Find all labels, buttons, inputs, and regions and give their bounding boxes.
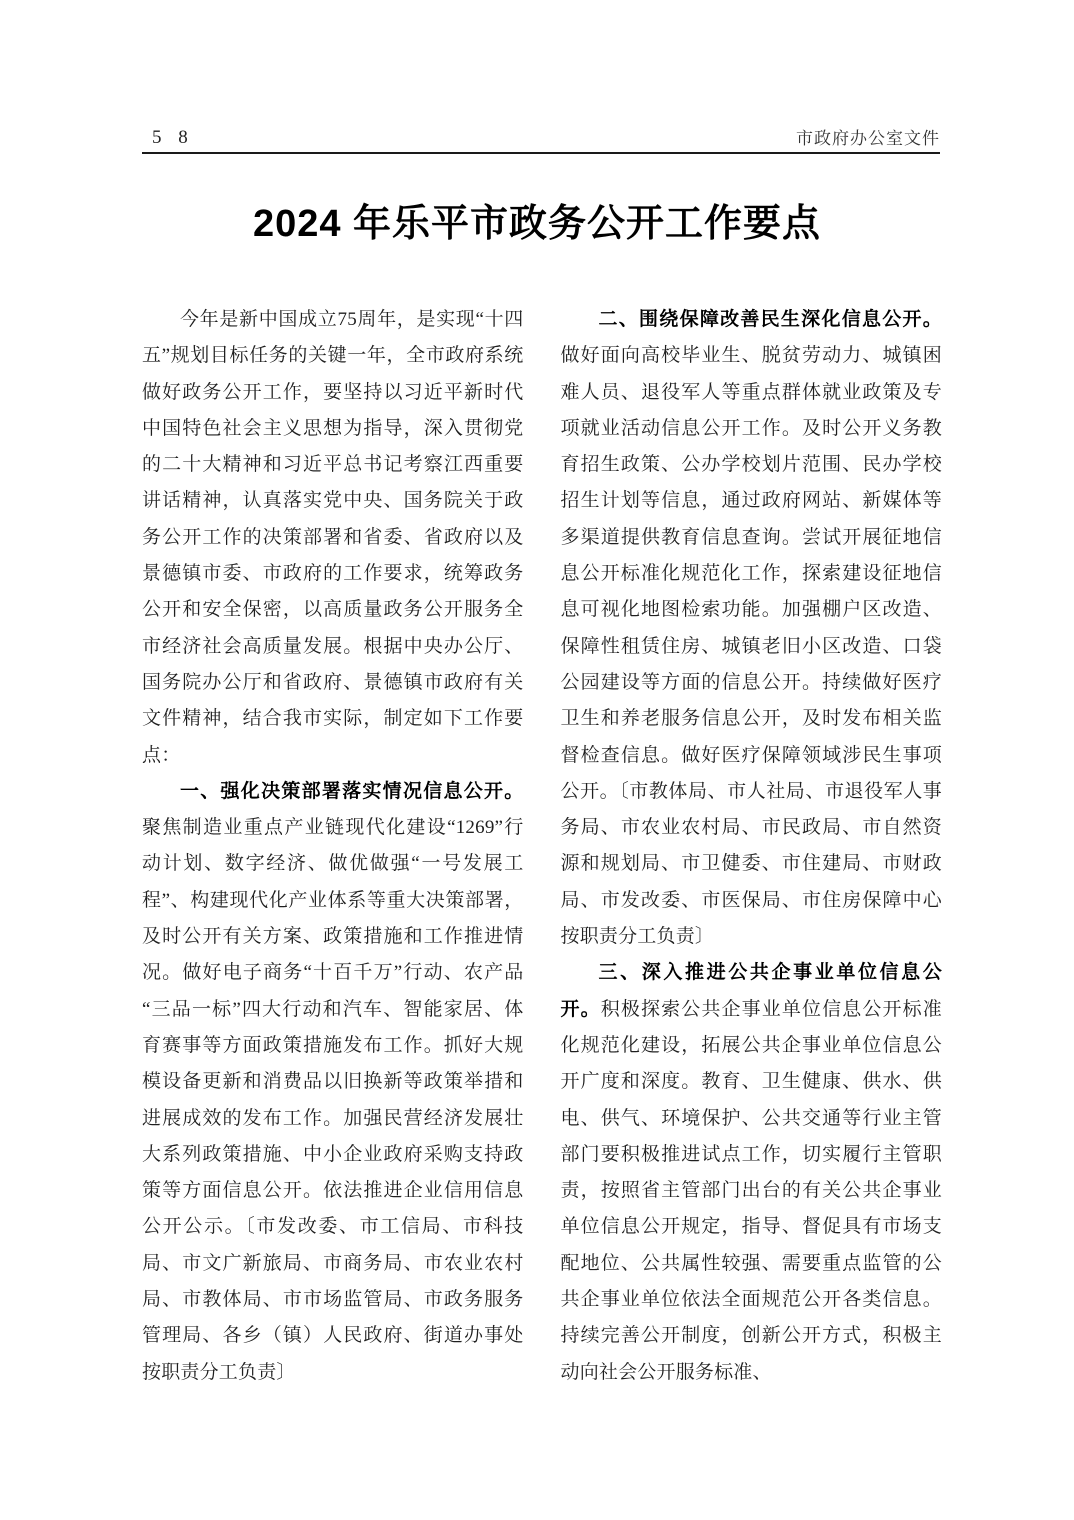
left-column: 今年是新中国成立75周年，是实现“十四五”规划目标任务的关键一年，全市政府系统做… <box>142 302 524 1391</box>
paragraph-intro: 今年是新中国成立75周年，是实现“十四五”规划目标任务的关键一年，全市政府系统做… <box>142 302 524 774</box>
paragraph-section-1: 一、强化决策部署落实情况信息公开。聚焦制造业重点产业链现代化建设“1269”行动… <box>142 774 524 1391</box>
right-column: 二、围绕保障改善民生深化信息公开。做好面向高校毕业生、脱贫劳动力、城镇困难人员、… <box>561 302 943 1391</box>
section-1-heading: 一、强化决策部署落实情况信息公开。 <box>180 781 524 802</box>
document-page: 5 8 市政府办公室文件 2024 年乐平市政务公开工作要点 今年是新中国成立7… <box>0 0 1074 1520</box>
content-columns: 今年是新中国成立75周年，是实现“十四五”规划目标任务的关键一年，全市政府系统做… <box>142 302 942 1391</box>
section-3-text: 积极探索公共企事业单位信息公开标准化规范化建设，拓展公共企事业单位信息公开广度和… <box>561 999 943 1383</box>
document-title: 2024 年乐平市政务公开工作要点 <box>0 192 1074 247</box>
page-number: 5 8 <box>142 128 194 147</box>
paragraph-section-2: 二、围绕保障改善民生深化信息公开。做好面向高校毕业生、脱贫劳动力、城镇困难人员、… <box>561 302 943 955</box>
header-doc-label: 市政府办公室文件 <box>796 130 940 147</box>
section-1-text: 聚焦制造业重点产业链现代化建设“1269”行动计划、数字经济、做优做强“一号发展… <box>142 817 524 1382</box>
section-2-heading: 二、围绕保障改善民生深化信息公开。 <box>599 309 943 330</box>
paragraph-section-3: 三、深入推进公共企事业单位信息公开。积极探索公共企事业单位信息公开标准化规范化建… <box>561 955 943 1391</box>
paragraph-intro-text: 今年是新中国成立75周年，是实现“十四五”规划目标任务的关键一年，全市政府系统做… <box>142 309 524 766</box>
page-header: 5 8 市政府办公室文件 <box>142 128 940 154</box>
section-2-text: 做好面向高校毕业生、脱贫劳动力、城镇困难人员、退役军人等重点群体就业政策及专项就… <box>561 345 943 947</box>
